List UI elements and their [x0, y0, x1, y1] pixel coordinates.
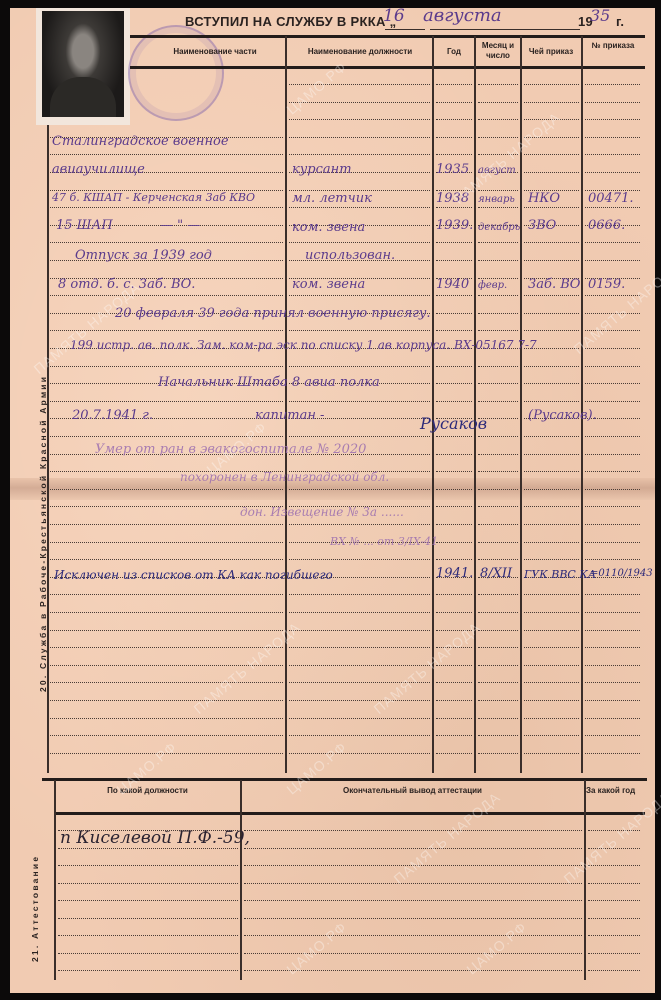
ruling-line	[478, 401, 518, 403]
ruling-line	[50, 295, 283, 297]
ruling-line	[289, 137, 430, 139]
entry-date: январь	[478, 194, 515, 205]
ruling-line	[50, 753, 283, 755]
ruling-line	[524, 700, 579, 702]
ruling-line	[289, 735, 430, 737]
ruling-line	[436, 84, 472, 86]
ruling-line	[436, 295, 472, 297]
ruling-line	[524, 102, 579, 104]
ruling-line	[478, 718, 518, 720]
entry-notice: дон. Извещение № 3а ......	[240, 505, 404, 519]
ruling-line	[436, 647, 472, 649]
ruling-line	[524, 594, 579, 596]
entry-unit: Сталинградское военное	[52, 134, 229, 149]
ruling-line	[58, 848, 238, 850]
ruling-line	[436, 665, 472, 667]
ruling-line	[436, 524, 472, 526]
ruling-line	[478, 330, 518, 332]
ruling-line	[585, 489, 640, 491]
ruling-line	[289, 84, 430, 86]
entry-year: 1938	[436, 191, 469, 206]
ruling-line	[436, 119, 472, 121]
ruling-line	[436, 489, 472, 491]
entry-burial-note: похоронен в Ленинградской обл.	[180, 470, 389, 484]
ruling-line	[585, 454, 640, 456]
ruling-line	[585, 330, 640, 332]
entry-order-no: 00471.	[588, 191, 634, 206]
ruling-line	[585, 84, 640, 86]
ruling-line	[289, 295, 430, 297]
entry-note: использован.	[305, 248, 395, 263]
ruling-line	[478, 471, 518, 473]
ruling-line	[585, 366, 640, 368]
ruling-line	[478, 366, 518, 368]
section20-side-label: 20. Служба в Рабоче-Крестьянской Красной…	[38, 375, 48, 692]
entry-oath: 20 февраля 39 года принял военную присяг…	[115, 306, 431, 321]
entry-order-no: 0666.	[588, 218, 625, 233]
ruling-line	[289, 154, 430, 156]
entry-notice-ref: ВХ № ... от 3/IX-41	[330, 535, 438, 548]
start-month: августа	[423, 5, 502, 26]
ruling-line	[588, 935, 640, 937]
entry-date: декабрь	[478, 222, 520, 233]
ruling-line	[436, 366, 472, 368]
ruling-line	[588, 970, 640, 972]
ruling-line	[478, 753, 518, 755]
ruling-line	[289, 630, 430, 632]
start-day: 16	[383, 6, 405, 26]
ruling-line	[588, 848, 640, 850]
ruling-line	[478, 436, 518, 438]
ruling-line	[50, 489, 283, 491]
ruling-line	[289, 242, 430, 244]
ruling-line	[478, 295, 518, 297]
ruling-line	[524, 718, 579, 720]
ruling-line	[588, 883, 640, 885]
ruling-line	[478, 84, 518, 86]
entry-name-parenthetical: (Русаков).	[528, 408, 597, 423]
ruling-line	[436, 454, 472, 456]
entry-order-by: 3аб. ВО	[528, 277, 580, 292]
entry-order-by: ГУК ВВС КА	[524, 568, 596, 581]
ruling-line	[524, 436, 579, 438]
ruling-line	[524, 471, 579, 473]
ruling-line	[244, 848, 582, 850]
entry-order-no: =0110/1943	[590, 568, 653, 579]
ruling-line	[50, 612, 283, 614]
ruling-line	[58, 883, 238, 885]
entry-year: 1939.	[436, 218, 473, 233]
entry-order-by: НКО	[528, 191, 560, 206]
ruling-line	[50, 330, 283, 332]
ruling-line	[478, 559, 518, 561]
ruling-line	[524, 366, 579, 368]
ruling-line	[585, 119, 640, 121]
ruling-line	[524, 84, 579, 86]
ruling-line	[585, 207, 640, 209]
entry-unit: 8 отд. б. с. 3аб. ВО.	[58, 277, 195, 292]
ruling-line	[244, 830, 582, 832]
ruling-line	[436, 383, 472, 385]
ruling-line	[585, 665, 640, 667]
ruling-line	[524, 207, 579, 209]
ruling-line	[289, 207, 430, 209]
ruling-line	[436, 313, 472, 315]
ruling-line	[585, 260, 640, 262]
ruling-line	[50, 154, 283, 156]
attestation-entry: п Киселевой П.Ф.-59,	[60, 828, 250, 848]
ruling-line	[50, 436, 283, 438]
ruling-line	[478, 594, 518, 596]
ruling-line	[478, 190, 518, 192]
ruling-line	[436, 506, 472, 508]
ruling-line	[50, 735, 283, 737]
ruling-line	[244, 953, 582, 955]
ruling-line	[478, 735, 518, 737]
ruling-line	[58, 918, 238, 920]
section21-side-label: 21. Аттестование	[30, 855, 40, 962]
ruling-line	[524, 682, 579, 684]
ruling-line	[588, 953, 640, 955]
ruling-line	[524, 630, 579, 632]
ruling-line	[289, 753, 430, 755]
col-order-by: Чей приказ	[522, 47, 580, 57]
ruling-line	[478, 630, 518, 632]
ruling-line	[436, 102, 472, 104]
ruling-line	[524, 242, 579, 244]
ruling-line	[244, 970, 582, 972]
col-unit-name: Наименование части	[150, 47, 280, 57]
entry-year: 1941.	[436, 566, 473, 581]
ruling-line	[585, 682, 640, 684]
ruling-line	[50, 242, 283, 244]
ruling-line	[244, 900, 582, 902]
ruling-line	[289, 330, 430, 332]
ruling-line	[289, 647, 430, 649]
ruling-line	[585, 401, 640, 403]
ruling-line	[50, 366, 283, 368]
ruling-line	[289, 612, 430, 614]
ruling-line	[585, 524, 640, 526]
ruling-line	[478, 313, 518, 315]
ruling-line	[478, 154, 518, 156]
ruling-line	[524, 612, 579, 614]
ruling-line	[585, 559, 640, 561]
col-month-day: Месяц и число	[476, 41, 520, 61]
ruling-line	[588, 830, 640, 832]
ruling-line	[585, 102, 640, 104]
ruling-line	[289, 559, 430, 561]
ruling-line	[524, 542, 579, 544]
entry-position: ком. звена	[292, 277, 365, 292]
ruling-line	[478, 119, 518, 121]
ruling-line	[436, 682, 472, 684]
year-label: г.	[616, 14, 624, 29]
col-attestation-conclusion: Окончательный вывод аттестации	[245, 786, 580, 796]
ruling-line	[524, 154, 579, 156]
ruling-line	[524, 295, 579, 297]
ruling-line	[585, 612, 640, 614]
col-position-name: Наименование должности	[290, 47, 430, 57]
ruling-line	[50, 700, 283, 702]
ruling-line	[58, 865, 238, 867]
ruling-line	[436, 594, 472, 596]
ruling-line	[436, 330, 472, 332]
ruling-line	[524, 119, 579, 121]
entry-position: ком. звена	[292, 220, 365, 235]
ruling-line	[50, 665, 283, 667]
ruling-line	[436, 559, 472, 561]
ruling-line	[50, 594, 283, 596]
ruling-line	[289, 665, 430, 667]
entry-date: август	[478, 165, 516, 176]
ruling-line	[478, 682, 518, 684]
entry-rank: капитан -	[255, 408, 324, 423]
ruling-line	[478, 612, 518, 614]
entry-position: мл. летчик	[292, 191, 372, 206]
ruling-line	[58, 953, 238, 955]
ruling-line	[588, 865, 640, 867]
entry-signer-title: Начальник Штаба 8 авиа полка	[158, 375, 380, 390]
ruling-line	[585, 735, 640, 737]
ruling-line	[524, 665, 579, 667]
ruling-line	[585, 436, 640, 438]
entry-date: февр.	[478, 280, 507, 291]
ruling-line	[289, 700, 430, 702]
ruling-line	[585, 471, 640, 473]
ruling-line	[478, 542, 518, 544]
ruling-line	[524, 172, 579, 174]
ruling-line	[289, 524, 430, 526]
entry-year: 1940	[436, 277, 469, 292]
ruling-line	[436, 242, 472, 244]
ruling-line	[585, 630, 640, 632]
ruling-line	[524, 559, 579, 561]
ruling-line	[50, 718, 283, 720]
ruling-line	[436, 137, 472, 139]
ruling-line	[244, 918, 582, 920]
ruling-line	[50, 682, 283, 684]
ruling-line	[524, 313, 579, 315]
ruling-line	[585, 542, 640, 544]
ruling-line	[436, 471, 472, 473]
ruling-line	[585, 137, 640, 139]
ruling-line	[50, 630, 283, 632]
ruling-line	[436, 612, 472, 614]
ruling-line	[524, 454, 579, 456]
ruling-line	[585, 348, 640, 350]
ruling-line	[478, 260, 518, 262]
ruling-line	[58, 900, 238, 902]
ruling-line	[289, 401, 430, 403]
entry-death-note: Умер от ран в эвакогоспитале № 2020	[95, 442, 366, 457]
ruling-line	[585, 172, 640, 174]
ruling-line	[524, 647, 579, 649]
col-order-number: № приказа	[583, 41, 643, 51]
ruling-line	[50, 401, 283, 403]
entry-year: 1935	[436, 162, 469, 177]
ruling-line	[244, 865, 582, 867]
ruling-line	[524, 524, 579, 526]
portrait-photo	[36, 8, 130, 125]
ruling-line	[436, 700, 472, 702]
ruling-line	[50, 524, 283, 526]
entry-unit: 15 ШАП	[56, 218, 113, 233]
entry-order-no: 0159.	[588, 277, 625, 292]
entry-date: 8/XII	[480, 566, 512, 581]
ruling-line	[478, 454, 518, 456]
ruling-line	[588, 918, 640, 920]
ruling-line	[289, 594, 430, 596]
ruling-line	[436, 207, 472, 209]
ruling-line	[478, 700, 518, 702]
ruling-line	[585, 506, 640, 508]
ruling-line	[289, 436, 430, 438]
ruling-line	[585, 718, 640, 720]
ruling-line	[478, 506, 518, 508]
ruling-line	[478, 489, 518, 491]
ruling-line	[436, 753, 472, 755]
ruling-line	[50, 647, 283, 649]
ruling-line	[524, 735, 579, 737]
ruling-line	[524, 506, 579, 508]
ruling-line	[50, 207, 283, 209]
ruling-line	[436, 542, 472, 544]
ruling-line	[585, 383, 640, 385]
ruling-line	[524, 401, 579, 403]
ruling-line	[436, 260, 472, 262]
signature: Русаков	[420, 414, 487, 433]
ruling-line	[585, 154, 640, 156]
ruling-line	[478, 102, 518, 104]
entry-unit: 47 б. КШАП - Керченская 3аб КВО	[52, 191, 255, 204]
entry-line: 199 истр. ав. полк. Зам. ком-ра эск по с…	[70, 338, 537, 352]
ruling-line	[289, 718, 430, 720]
ruling-line	[478, 383, 518, 385]
ruling-line	[524, 330, 579, 332]
ruling-line	[588, 900, 640, 902]
ruling-line	[585, 647, 640, 649]
ruling-line	[478, 207, 518, 209]
entry-excluded: Исключен из списков от КА как погибшего	[54, 568, 333, 582]
ruling-line	[585, 313, 640, 315]
ruling-line	[585, 753, 640, 755]
ruling-line	[436, 630, 472, 632]
ruling-line	[58, 970, 238, 972]
entry-unit: авиаучилище	[52, 162, 145, 177]
ruling-line	[478, 137, 518, 139]
ruling-line	[244, 935, 582, 937]
round-stamp	[128, 25, 224, 121]
ruling-line	[478, 524, 518, 526]
ruling-line	[50, 559, 283, 561]
ruling-line	[478, 242, 518, 244]
ruling-line	[436, 718, 472, 720]
ruling-line	[478, 665, 518, 667]
entry-unit-ditto: — " —	[160, 218, 200, 233]
ruling-line	[524, 383, 579, 385]
ruling-line	[289, 366, 430, 368]
entry-order-by: ЗВО	[528, 218, 556, 233]
ruling-line	[289, 489, 430, 491]
ruling-line	[436, 735, 472, 737]
ruling-line	[585, 700, 640, 702]
ruling-line	[478, 647, 518, 649]
entry-position: курсант	[292, 162, 352, 177]
ruling-line	[436, 154, 472, 156]
ruling-line	[585, 295, 640, 297]
ruling-line	[289, 119, 430, 121]
ruling-line	[524, 260, 579, 262]
start-year-suffix: 35	[590, 6, 610, 25]
col-attestation-position: По какой должности	[60, 786, 235, 796]
ruling-line	[289, 102, 430, 104]
ruling-line	[50, 542, 283, 544]
ruling-line	[436, 401, 472, 403]
entry-note: Отпуск за 1939 год	[75, 248, 212, 263]
ruling-line	[585, 594, 640, 596]
ruling-line	[524, 489, 579, 491]
ruling-line	[289, 682, 430, 684]
col-attestation-year: За какой год	[586, 786, 656, 796]
ruling-line	[524, 753, 579, 755]
col-year: Год	[434, 47, 474, 57]
entry-date-signed: 20.7.1941 г.	[72, 408, 153, 423]
service-start-title: ВСТУПИЛ НА СЛУЖБУ В РККА „	[185, 14, 396, 29]
ruling-line	[585, 242, 640, 244]
ruling-line	[244, 883, 582, 885]
ruling-line	[58, 935, 238, 937]
ruling-line	[436, 436, 472, 438]
ruling-line	[524, 137, 579, 139]
